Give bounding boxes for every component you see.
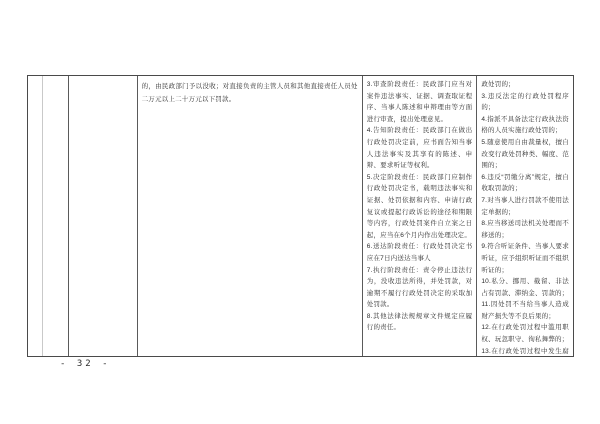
duty-step-item: 4.告知阶段责任：民政部门在做出行政处罚决定前，应书面告知当事人违法事实及其享有…: [367, 125, 473, 171]
accountability-item: 13.在行政处罚过程中发生腐败行为的；: [481, 346, 569, 356]
cell-accountability-situations: 政处罚的； 3.违反法定的行政处罚程序的； 4.指派不具备法定行政执法资格的人员…: [477, 76, 573, 356]
accountability-item: 7.对当事人进行罚款不使用法定单据的；: [481, 195, 569, 218]
accountability-item: 10.私分、挪用、截留、非法占有罚款、滞纳金、罚款的；: [481, 276, 569, 299]
duty-step-item: 8.其他法律法规规章文件规定应履行的责任。: [367, 311, 473, 334]
duty-step-item: 6.送达阶段责任：行政处罚决定书应在7日内送达当事人: [367, 241, 473, 264]
accountability-item: 11.因处罚不当给当事人造成财产损失等不良后果的；: [481, 299, 569, 322]
cell-duty-steps: 3.审查阶段责任：民政部门应当对案件违法事实、证据、调查取证程序、当事人陈述和申…: [363, 76, 478, 356]
responsibility-table: 的，由民政部门予以没收；对直接负责的主管人员和其他直接责任人员处二万元以上二十万…: [27, 75, 574, 357]
page-number: - 32 -: [60, 359, 111, 369]
accountability-item: 5.随意使用自由裁量权，擅自改变行政处罚种类、幅度、范围的；: [481, 137, 569, 172]
penalty-clause-text: 的，由民政部门予以没收；对直接负责的主管人员和其他直接责任人员处二万元以上二十万…: [142, 80, 358, 106]
accountability-item: 政处罚的；: [481, 79, 569, 91]
cell-power-name-column: [69, 76, 138, 356]
document-page: 的，由民政部门予以没收；对直接负责的主管人员和其他直接责任人员处二万元以上二十万…: [0, 0, 600, 424]
cell-sequence-column: [28, 76, 43, 356]
accountability-item: 3.违反法定的行政处罚程序的；: [481, 91, 569, 114]
accountability-item: 9.符合听证条件、当事人要求听证，应予组织听证而不组织听证的；: [481, 241, 569, 276]
accountability-item: 4.指派不具备法定行政执法资格的人员实施行政处罚的；: [481, 114, 569, 137]
duty-step-item: 5.决定阶段责任：民政部门应制作行政处罚决定书，载明违法事实和证据、处罚依据和内…: [367, 172, 473, 242]
cell-power-type-column: [43, 76, 69, 356]
accountability-item: 12.在行政处罚过程中滥用职权、玩忽职守、徇私舞弊的；: [481, 322, 569, 345]
duty-step-item: 7.执行阶段责任：责令停止违法行为，没收违法所得，并处罚款，对逾期不履行行政处罚…: [367, 265, 473, 311]
duty-step-item: 3.审查阶段责任：民政部门应当对案件违法事实、证据、调查取证程序、当事人陈述和申…: [367, 79, 473, 125]
cell-penalty-clause: 的，由民政部门予以没收；对直接负责的主管人员和其他直接责任人员处二万元以上二十万…: [138, 76, 363, 356]
accountability-item: 8.应当移送司法机关处理而不移送的；: [481, 218, 569, 241]
accountability-item: 6.违反“罚缴分离”规定，擅自收取罚款的；: [481, 172, 569, 195]
